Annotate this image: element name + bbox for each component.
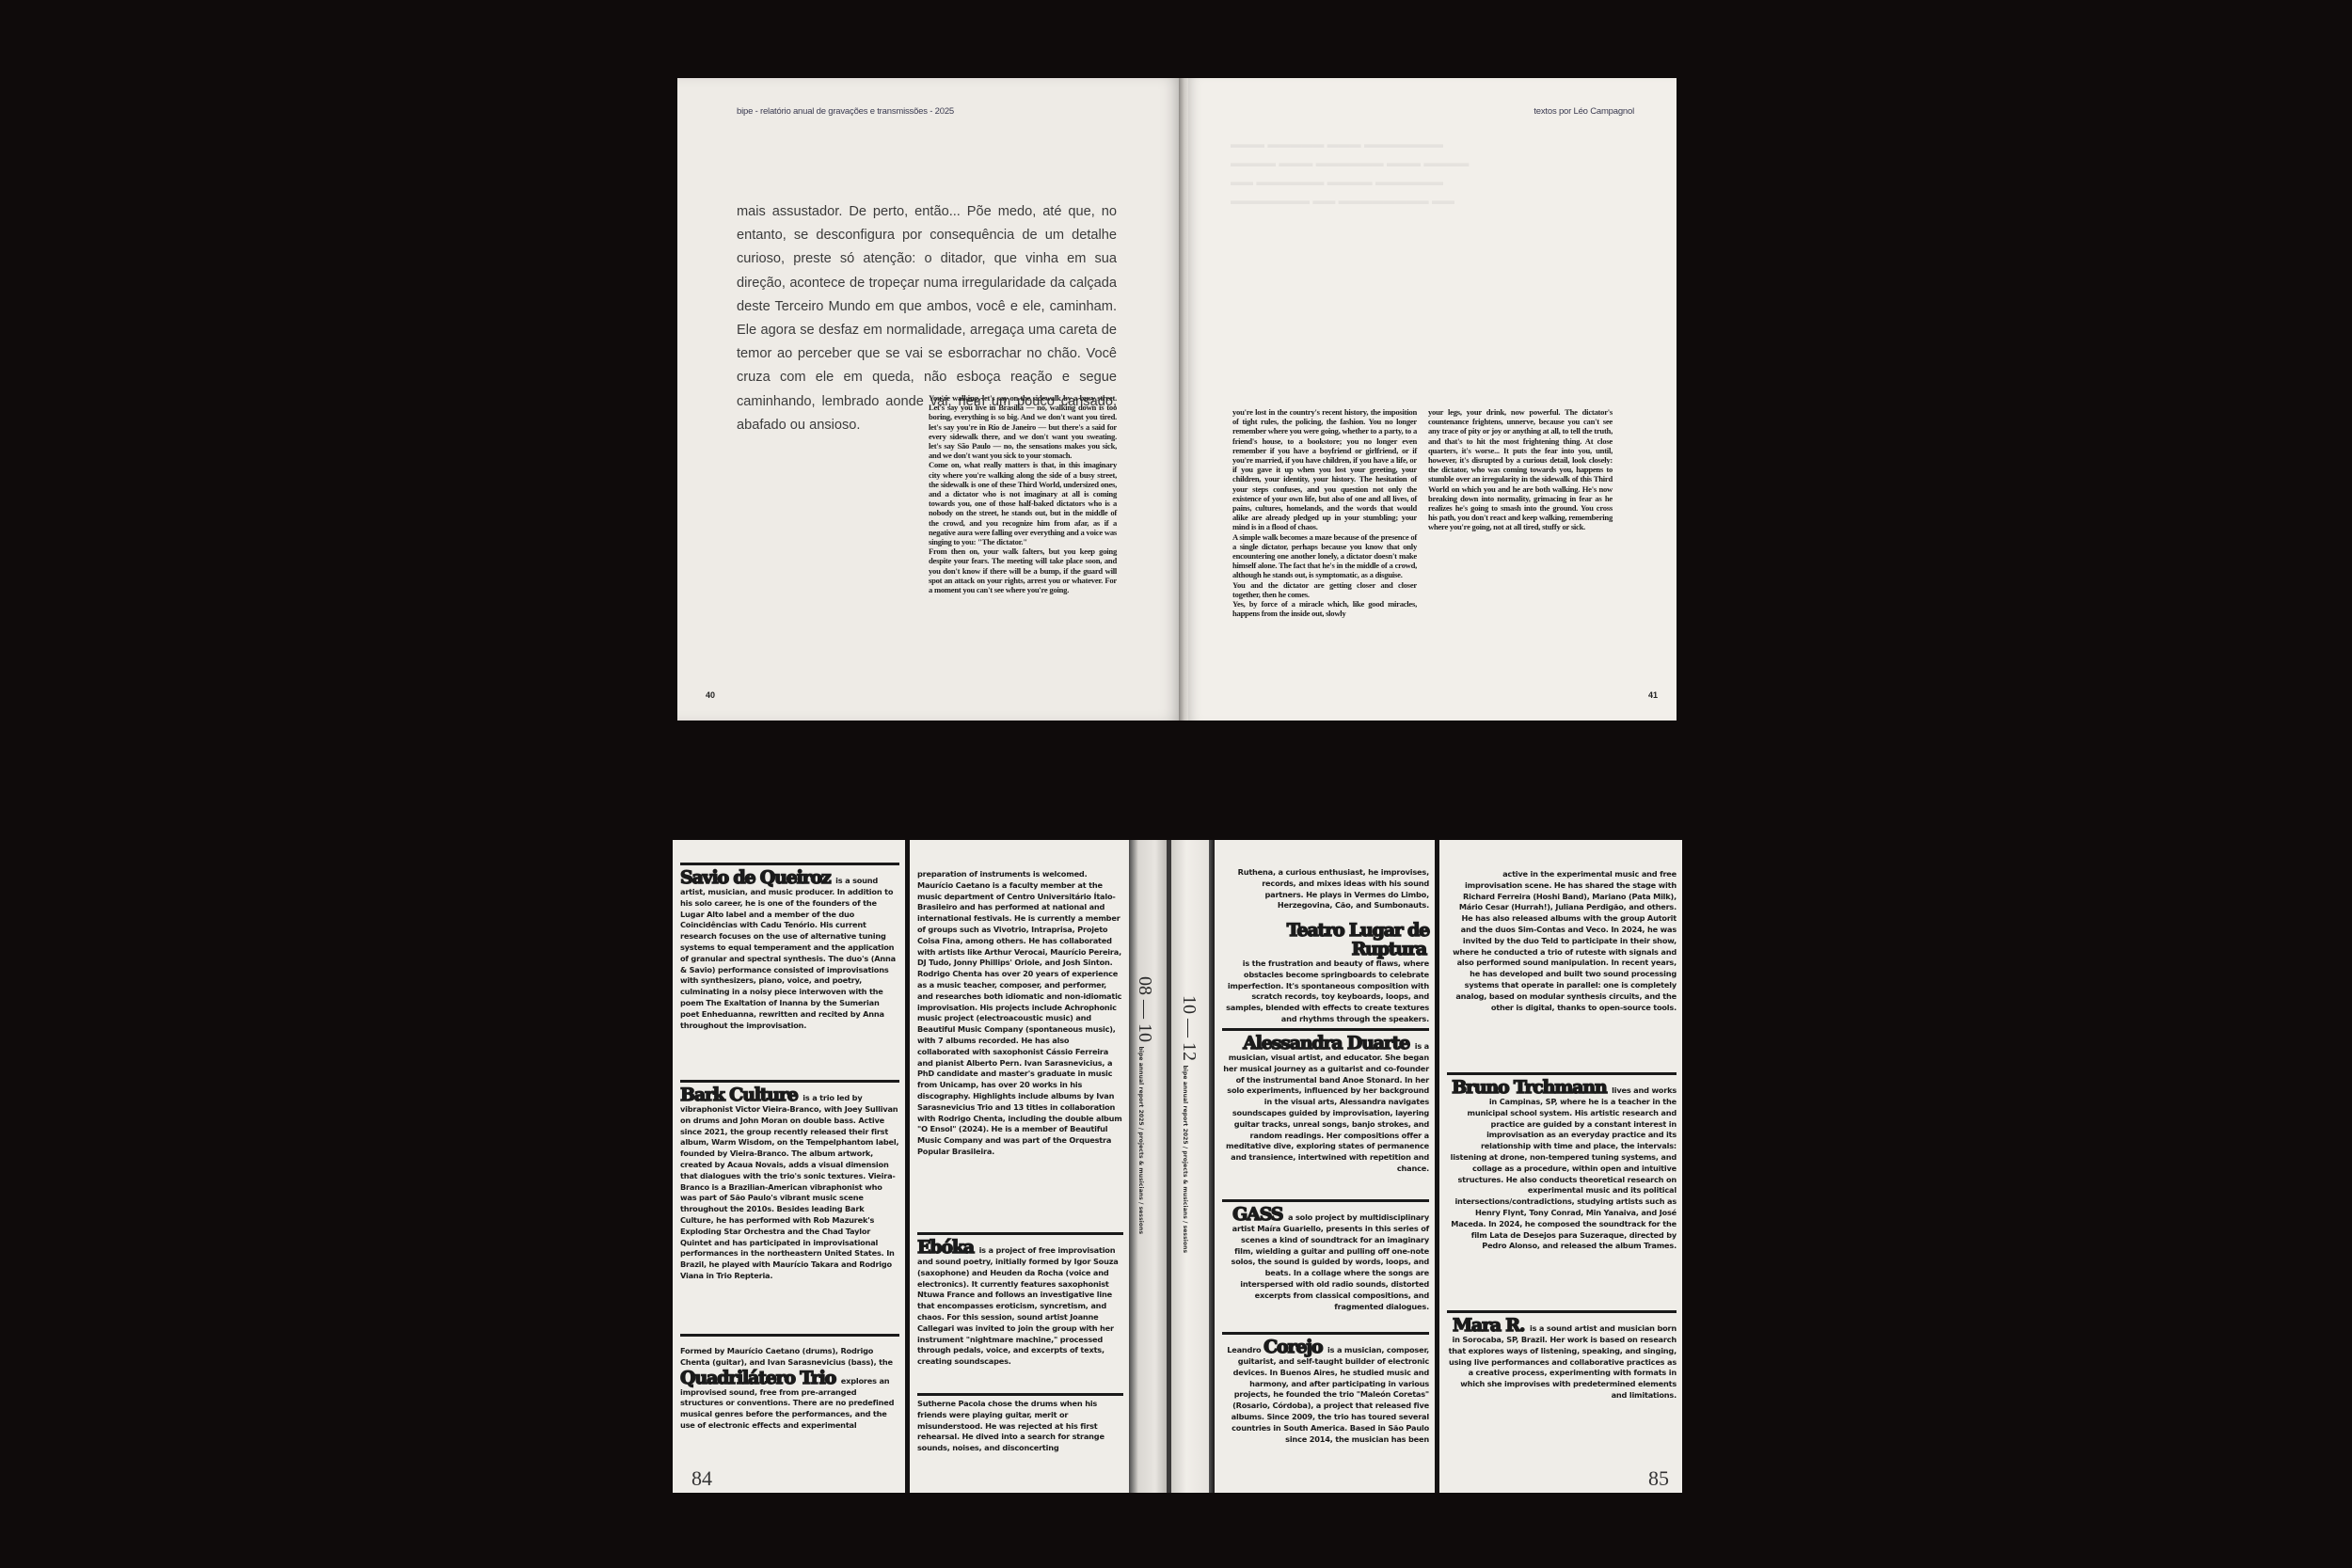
bio-pre-text: Leandro: [1227, 1345, 1261, 1354]
page-number: 85: [1648, 1466, 1669, 1491]
bio-name: Bark Culture: [680, 1085, 798, 1105]
page-number: 40: [706, 690, 715, 700]
bio-text: lives and works in Campinas, SP, where h…: [1451, 1085, 1677, 1250]
bio-savio-de-queiroz: Savio de Queiroz is a sound artist, musi…: [680, 863, 899, 1031]
spine-range: 08 — 10: [1135, 976, 1155, 1042]
bio-name: Bruno Trchmann: [1452, 1077, 1606, 1098]
english-translation-column-2: your legs, your drink, now powerful. The…: [1428, 407, 1613, 532]
page-40: bipe - relatório anual de gravações e tr…: [677, 78, 1183, 721]
english-translation-column-1: you're lost in the country's recent hist…: [1232, 407, 1417, 618]
bio-teatro-lugar-de-ruptura: Teatro Lugar de Ruptura is the frustrati…: [1216, 918, 1429, 1025]
english-translation-column: You're walking. let's say on the sidewal…: [929, 393, 1117, 594]
bio-mara-r: Mara R. is a sound artist and musician b…: [1447, 1310, 1677, 1402]
spine-caption: bipe annual report 2025 / projects & mus…: [1137, 1046, 1144, 1234]
bio-name: Quadrilátero Trio: [680, 1368, 835, 1388]
show-through-ghost-text: ▬▬▬ ▬▬▬▬▬ ▬▬▬ ▬▬▬▬▬▬▬▬▬▬▬ ▬▬▬ ▬▬▬▬▬▬ ▬▬▬…: [1231, 135, 1607, 370]
page-84-column-2: preparation of instruments is welcomed. …: [910, 840, 1129, 1493]
bio-name: Corejo: [1263, 1337, 1322, 1357]
bio-text: is a musician, visual artist, and educat…: [1223, 1041, 1429, 1173]
bio-ruthena: Ruthena, a curious enthusiast, he improv…: [1222, 864, 1429, 911]
page-85-column-2: active in the experimental music and fre…: [1439, 840, 1682, 1493]
bio-text: is the frustration and beauty of flaws, …: [1226, 958, 1429, 1023]
bio-name: Teatro Lugar de Ruptura: [1287, 920, 1429, 959]
bio-text: a solo project by multidisciplinary arti…: [1232, 1212, 1429, 1311]
paragraph: From then on, your walk falters, but you…: [929, 546, 1117, 594]
spine-label: 10 — 12 bipe annual report 2025 / projec…: [1178, 995, 1200, 1253]
paragraph: A simple walk becomes a maze because of …: [1232, 532, 1417, 580]
bio-eboka: Ebóka is a project of free improvisation…: [917, 1232, 1123, 1368]
page-number: 41: [1648, 690, 1658, 700]
running-head-left: bipe - relatório anual de gravações e tr…: [737, 106, 954, 117]
bio-continued: active in the experimental music and fre…: [1447, 866, 1677, 1013]
page-84-column-1: Savio de Queiroz is a sound artist, musi…: [673, 840, 905, 1493]
bio-name: Ebóka: [917, 1237, 974, 1258]
bio-text: is a trio led by vibraphonist Victor Vie…: [680, 1093, 898, 1280]
bio-text: preparation of instruments is welcomed. …: [917, 869, 1122, 1156]
spine-label: 08 — 10 bipe annual report 2025 / projec…: [1134, 976, 1155, 1234]
paragraph: Yes, by force of a miracle which, like g…: [1232, 599, 1417, 618]
bio-bruno-trchmann: Bruno Trchmann lives and works in Campin…: [1447, 1072, 1677, 1252]
paragraph: You and the dictator are getting closer …: [1232, 580, 1417, 599]
bio-pre-text: Formed by Maurício Caetano (drums), Rodr…: [680, 1346, 893, 1367]
bio-alessandra-duarte: Alessandra Duarte is a musician, visual …: [1222, 1028, 1429, 1175]
bio-text: Sutherne Pacola chose the drums when his…: [917, 1399, 1104, 1452]
bottom-book-spread: Savio de Queiroz is a sound artist, musi…: [673, 840, 1682, 1493]
bio-name: Savio de Queiroz: [680, 867, 831, 888]
bio-text: is a sound artist, musician, and music p…: [680, 876, 896, 1030]
page-41: textos por Léo Campagnol ▬▬▬ ▬▬▬▬▬ ▬▬▬ ▬…: [1188, 78, 1677, 721]
bio-name: Alessandra Duarte: [1243, 1033, 1409, 1053]
spine-caption: bipe annual report 2025 / projects & mus…: [1182, 1065, 1188, 1253]
paragraph: You're walking. let's say on the sidewal…: [929, 393, 1117, 460]
bio-bark-culture: Bark Culture is a trio led by vibraphoni…: [680, 1080, 899, 1282]
running-head-right: textos por Léo Campagnol: [1534, 106, 1634, 117]
page-85-column-1: Ruthena, a curious enthusiast, he improv…: [1215, 840, 1435, 1493]
top-book-spread: bipe - relatório anual de gravações e tr…: [677, 78, 1677, 721]
bio-name: Mara R.: [1453, 1315, 1524, 1336]
bio-text: Ruthena, a curious enthusiast, he improv…: [1238, 867, 1429, 910]
bio-text: is a musician, composer, guitarist, and …: [1232, 1345, 1429, 1444]
bio-gass: GASS a solo project by multidisciplinary…: [1222, 1199, 1429, 1312]
bio-text: is a sound artist and musician born in S…: [1449, 1323, 1677, 1400]
paragraph: you're lost in the country's recent hist…: [1232, 407, 1417, 532]
spine-inner: 10 — 12 bipe annual report 2025 / projec…: [1171, 840, 1209, 1493]
spine-outer: 08 — 10 bipe annual report 2025 / projec…: [1129, 840, 1167, 1493]
bio-continued: preparation of instruments is welcomed. …: [917, 866, 1123, 1158]
bio-text: active in the experimental music and fre…: [1453, 869, 1677, 1012]
bio-sutherne-pacola: Sutherne Pacola chose the drums when his…: [917, 1393, 1123, 1454]
bio-text: is a project of free improvisation and s…: [917, 1245, 1119, 1366]
paragraph: Come on, what really matters is that, in…: [929, 460, 1117, 546]
paragraph: your legs, your drink, now powerful. The…: [1428, 407, 1613, 532]
bio-corejo: Leandro Corejo is a musician, composer, …: [1222, 1332, 1429, 1445]
page-number: 84: [691, 1466, 712, 1491]
spine-range: 10 — 12: [1179, 995, 1200, 1061]
bio-quadrilatero-trio: Formed by Maurício Caetano (drums), Rodr…: [680, 1334, 899, 1432]
bio-name: GASS: [1232, 1204, 1282, 1225]
